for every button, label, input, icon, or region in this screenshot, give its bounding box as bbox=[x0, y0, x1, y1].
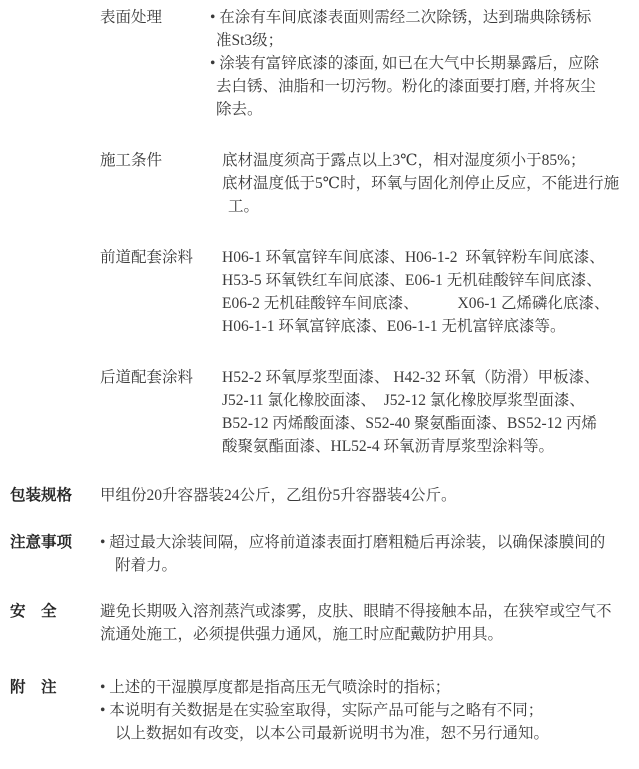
section-subsequent-coatings: 后道配套涂料 H52-2 环氧厚浆型面漆、 H42-32 环氧（防滑）甲板漆、 … bbox=[0, 366, 639, 458]
section-label-safety: 安 全 bbox=[10, 600, 100, 623]
text-line: 除去。 bbox=[222, 98, 639, 121]
section-safety: 安 全 避免长期吸入溶剂蒸汽或漆雾，皮肤、眼睛不得接触本品，在狭窄或空气不 流通… bbox=[0, 600, 639, 646]
datasheet-page: 表面处理 • 在涂有车间底漆表面则需经二次除锈，达到瑞典除锈标 准St3级； •… bbox=[0, 0, 639, 745]
text-line: 准St3级； bbox=[222, 29, 639, 52]
text-line: 去白锈、油脂和一切污物。粉化的漆面要打磨, 并将灰尘 bbox=[222, 75, 639, 98]
section-label-subsequent-coatings: 后道配套涂料 bbox=[100, 366, 222, 389]
text-line: 避免长期吸入溶剂蒸汽或漆雾，皮肤、眼睛不得接触本品，在狭窄或空气不 bbox=[100, 600, 639, 623]
text-line: • 本说明有关数据是在实验室取得，实际产品可能与之略有不同； bbox=[100, 699, 639, 722]
section-precautions: 注意事项 • 超过最大涂装间隔，应将前道漆表面打磨粗糙后再涂装，以确保漆膜间的 … bbox=[0, 531, 639, 577]
section-label-application-conditions: 施工条件 bbox=[100, 149, 222, 172]
text-line: H52-2 环氧厚浆型面漆、 H42-32 环氧（防滑）甲板漆、 bbox=[222, 366, 639, 389]
text-line: 附着力。 bbox=[100, 554, 639, 577]
text-line: • 超过最大涂装间隔，应将前道漆表面打磨粗糙后再涂装，以确保漆膜间的 bbox=[100, 531, 639, 554]
text-line: E06-2 无机硅酸锌车间底漆、 X06-1 乙烯磷化底漆、 bbox=[222, 292, 639, 315]
text-line: H06-1 环氧富锌车间底漆、H06-1-2 环氧锌粉车间底漆、 bbox=[222, 246, 639, 269]
text-line: 底材温度低于5℃时，环氧与固化剂停止反应，不能进行施 bbox=[222, 172, 639, 195]
section-label-packaging: 包装规格 bbox=[10, 484, 100, 507]
section-content: H06-1 环氧富锌车间底漆、H06-1-2 环氧锌粉车间底漆、 H53-5 环… bbox=[222, 246, 639, 338]
section-label-surface-treatment: 表面处理 bbox=[100, 6, 222, 29]
section-application-conditions: 施工条件 底材温度须高于露点以上3℃，相对湿度须小于85%； 底材温度低于5℃时… bbox=[0, 149, 639, 218]
section-label-precautions: 注意事项 bbox=[10, 531, 100, 554]
text-line: 工。 bbox=[222, 195, 639, 218]
section-content: 甲组份20升容器装24公斤，乙组份5升容器装4公斤。 bbox=[100, 484, 639, 507]
section-content: 避免长期吸入溶剂蒸汽或漆雾，皮肤、眼睛不得接触本品，在狭窄或空气不 流通处施工，… bbox=[100, 600, 639, 646]
text-line: H06-1-1 环氧富锌底漆、E06-1-1 无机富锌底漆等。 bbox=[222, 315, 639, 338]
text-line: J52-11 氯化橡胶面漆、 J52-12 氯化橡胶厚浆型面漆、 bbox=[222, 389, 639, 412]
text-line: 以上数据如有改变，以本公司最新说明书为准，恕不另行通知。 bbox=[100, 722, 639, 745]
text-line: 流通处施工，必须提供强力通风，施工时应配戴防护用具。 bbox=[100, 623, 639, 646]
text-line: 底材温度须高于露点以上3℃，相对湿度须小于85%； bbox=[222, 149, 639, 172]
section-remarks: 附 注 • 上述的干湿膜厚度都是指高压无气喷涂时的指标； • 本说明有关数据是在… bbox=[0, 676, 639, 745]
text-line: 酸聚氨酯面漆、HL52-4 环氧沥青厚浆型涂料等。 bbox=[222, 435, 639, 458]
section-content: 底材温度须高于露点以上3℃，相对湿度须小于85%； 底材温度低于5℃时，环氧与固… bbox=[222, 149, 639, 218]
text-line: 甲组份20升容器装24公斤，乙组份5升容器装4公斤。 bbox=[100, 484, 639, 507]
section-label-remarks: 附 注 bbox=[10, 676, 100, 699]
section-content: • 上述的干湿膜厚度都是指高压无气喷涂时的指标； • 本说明有关数据是在实验室取… bbox=[100, 676, 639, 745]
text-line: • 在涂有车间底漆表面则需经二次除锈，达到瑞典除锈标 bbox=[222, 6, 639, 29]
text-line: H53-5 环氧铁红车间底漆、E06-1 无机硅酸锌车间底漆、 bbox=[222, 269, 639, 292]
section-preceding-coatings: 前道配套涂料 H06-1 环氧富锌车间底漆、H06-1-2 环氧锌粉车间底漆、 … bbox=[0, 246, 639, 338]
section-surface-treatment: 表面处理 • 在涂有车间底漆表面则需经二次除锈，达到瑞典除锈标 准St3级； •… bbox=[0, 6, 639, 121]
text-line: • 上述的干湿膜厚度都是指高压无气喷涂时的指标； bbox=[100, 676, 639, 699]
text-line: • 涂装有富锌底漆的漆面, 如已在大气中长期暴露后，应除 bbox=[222, 52, 639, 75]
section-content: • 超过最大涂装间隔，应将前道漆表面打磨粗糙后再涂装，以确保漆膜间的 附着力。 bbox=[100, 531, 639, 577]
text-line: B52-12 丙烯酸面漆、S52-40 聚氨酯面漆、BS52-12 丙烯 bbox=[222, 412, 639, 435]
section-label-preceding-coatings: 前道配套涂料 bbox=[100, 246, 222, 269]
section-content: • 在涂有车间底漆表面则需经二次除锈，达到瑞典除锈标 准St3级； • 涂装有富… bbox=[222, 6, 639, 121]
section-content: H52-2 环氧厚浆型面漆、 H42-32 环氧（防滑）甲板漆、 J52-11 … bbox=[222, 366, 639, 458]
section-packaging: 包装规格 甲组份20升容器装24公斤，乙组份5升容器装4公斤。 bbox=[0, 484, 639, 507]
